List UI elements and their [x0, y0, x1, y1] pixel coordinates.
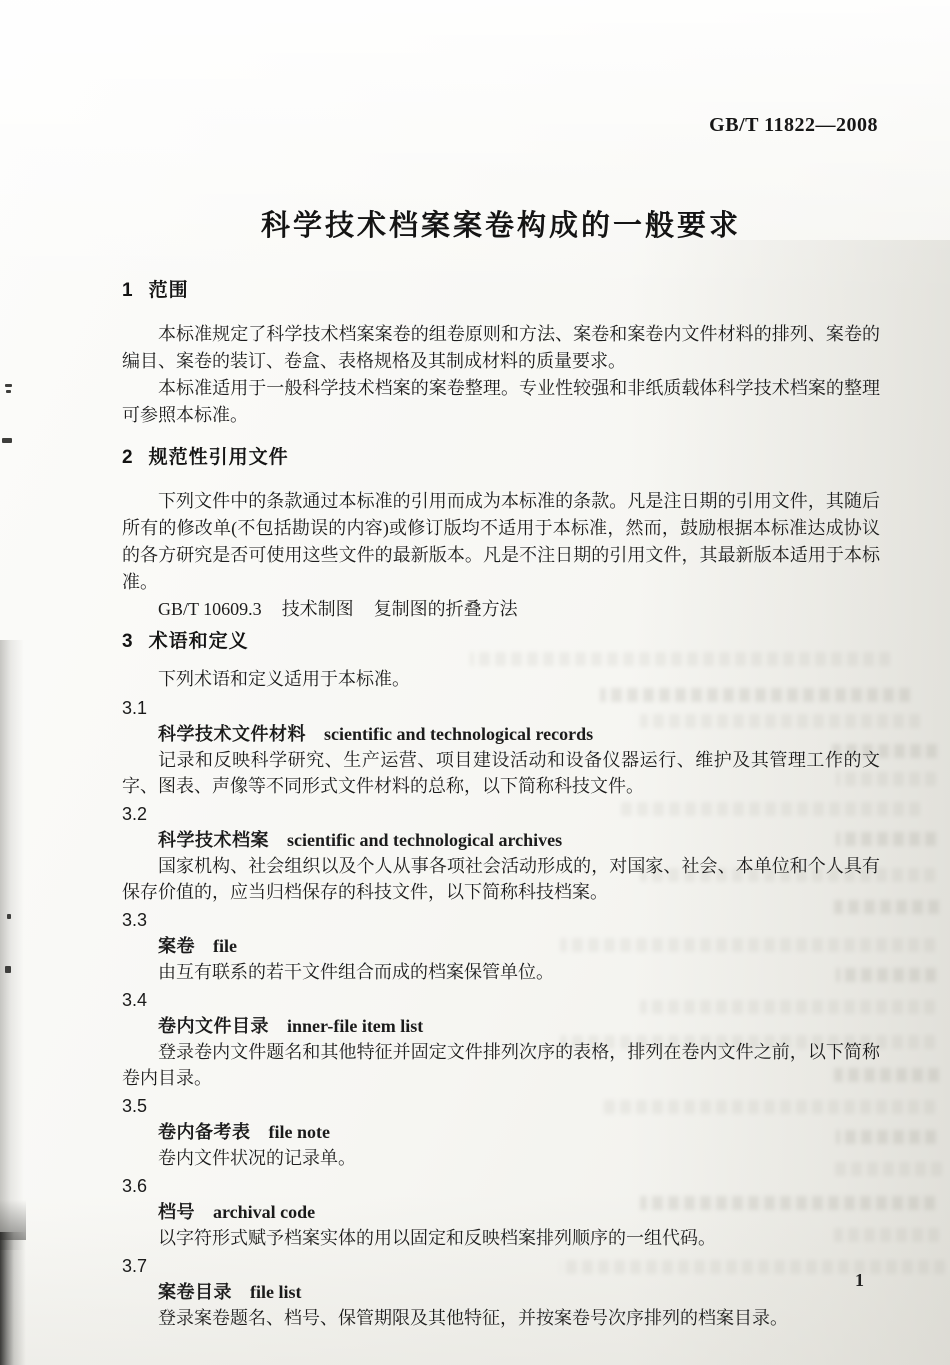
term-definition: 由互有联系的若干文件组合而成的档案保管单位。	[122, 959, 880, 985]
term-definition: 记录和反映科学研究、生产运营、项目建设活动和设备仪器运行、维护及其管理工作的文字…	[122, 747, 880, 799]
section-1-heading: 1范围	[122, 281, 880, 300]
term-chinese: 卷内备考表	[158, 1122, 251, 1142]
term-chinese: 科学技术档案	[158, 830, 269, 850]
paragraph: 下列文件中的条款通过本标准的引用而成为本标准的条款。凡是注日期的引用文件，其随后…	[122, 488, 880, 596]
term-english: scientific and technological records	[324, 724, 593, 744]
standard-code: GB/T 11822—2008	[709, 114, 878, 137]
document-title: 科学技术档案案卷构成的一般要求	[122, 203, 880, 244]
scan-speck	[6, 390, 11, 393]
term-block-3-3: 3.3 案卷file 由互有联系的若干文件组合而成的档案保管单位。	[122, 907, 880, 985]
section-heading-text: 规范性引用文件	[149, 447, 289, 468]
section-heading-text: 范围	[149, 280, 189, 301]
section-3-intro: 下列术语和定义适用于本标准。	[122, 666, 880, 693]
scan-edge-shadow	[0, 1232, 30, 1365]
term-number: 3.5	[122, 1093, 880, 1119]
term-definition: 国家机构、社会组织以及个人从事各项社会活动形成的，对国家、社会、本单位和个人具有…	[122, 853, 880, 905]
reference-entry: GB/T 10609.3技术制图复制图的折叠方法	[122, 596, 880, 623]
term-english: inner-file item list	[287, 1016, 423, 1036]
term-number: 3.1	[122, 695, 880, 721]
section-3-heading: 3术语和定义	[122, 632, 880, 651]
document-body: 1范围 本标准规定了科学技术档案案卷的组卷原则和方法、案卷和案卷内文件材料的排列…	[122, 281, 880, 1331]
term-number: 3.3	[122, 907, 880, 933]
term-title: 科学技术文件材料scientific and technological rec…	[122, 721, 880, 747]
term-block-3-1: 3.1 科学技术文件材料scientific and technological…	[122, 695, 880, 799]
term-definition: 登录案卷题名、档号、保管期限及其他特征，并按案卷号次序排列的档案目录。	[122, 1305, 880, 1331]
scan-edge-shadow	[0, 640, 24, 1250]
scan-speck	[5, 966, 11, 973]
term-number: 3.6	[122, 1173, 880, 1199]
paragraph: 本标准规定了科学技术档案案卷的组卷原则和方法、案卷和案卷内文件材料的排列、案卷的…	[122, 321, 880, 375]
section-number: 3	[122, 631, 133, 652]
section-number: 1	[122, 280, 133, 301]
scan-speck	[7, 914, 11, 919]
section-2-heading: 2规范性引用文件	[122, 448, 880, 467]
section-number: 2	[122, 447, 133, 468]
paragraph: 本标准适用于一般科学技术档案的案卷整理。专业性较强和非纸质载体科学技术档案的整理…	[122, 375, 880, 429]
term-block-3-4: 3.4 卷内文件目录inner-file item list 登录卷内文件题名和…	[122, 987, 880, 1091]
term-title: 档号archival code	[122, 1199, 880, 1225]
term-block-3-6: 3.6 档号archival code 以字符形式赋予档案实体的用以固定和反映档…	[122, 1173, 880, 1251]
term-chinese: 卷内文件目录	[158, 1016, 269, 1036]
term-english: file	[213, 936, 237, 956]
term-title: 科学技术档案scientific and technological archi…	[122, 827, 880, 853]
term-english: file note	[269, 1122, 330, 1142]
scan-speck	[2, 438, 12, 443]
term-number: 3.7	[122, 1253, 880, 1279]
term-title: 卷内文件目录inner-file item list	[122, 1013, 880, 1039]
reference-subtitle: 复制图的折叠方法	[374, 599, 518, 619]
scanned-document-page: GB/T 11822—2008 科学技术档案案卷构成的一般要求 1范围 本标准规…	[0, 0, 950, 1365]
term-definition: 登录卷内文件题名和其他特征并固定文件排列次序的表格，排列在卷内文件之前，以下简称…	[122, 1039, 880, 1091]
term-title: 案卷file	[122, 933, 880, 959]
section-heading-text: 术语和定义	[149, 631, 249, 652]
term-english: file list	[250, 1282, 302, 1302]
term-title: 案卷目录file list	[122, 1279, 880, 1305]
term-definition: 卷内文件状况的记录单。	[122, 1145, 880, 1171]
reference-code: GB/T 10609.3	[158, 599, 262, 619]
term-number: 3.4	[122, 987, 880, 1013]
term-block-3-7: 3.7 案卷目录file list 登录案卷题名、档号、保管期限及其他特征，并按…	[122, 1253, 880, 1331]
term-title: 卷内备考表file note	[122, 1119, 880, 1145]
term-chinese: 案卷目录	[158, 1282, 232, 1302]
term-english: scientific and technological archives	[287, 830, 562, 850]
term-chinese: 案卷	[158, 936, 195, 956]
term-block-3-5: 3.5 卷内备考表file note 卷内文件状况的记录单。	[122, 1093, 880, 1171]
term-number: 3.2	[122, 801, 880, 827]
scan-speck	[5, 384, 12, 387]
term-chinese: 科学技术文件材料	[158, 724, 306, 744]
term-chinese: 档号	[158, 1202, 195, 1222]
page-number: 1	[855, 1270, 864, 1291]
term-block-3-2: 3.2 科学技术档案scientific and technological a…	[122, 801, 880, 905]
reference-title: 技术制图	[282, 599, 354, 619]
term-english: archival code	[213, 1202, 315, 1222]
term-definition: 以字符形式赋予档案实体的用以固定和反映档案排列顺序的一组代码。	[122, 1225, 880, 1251]
